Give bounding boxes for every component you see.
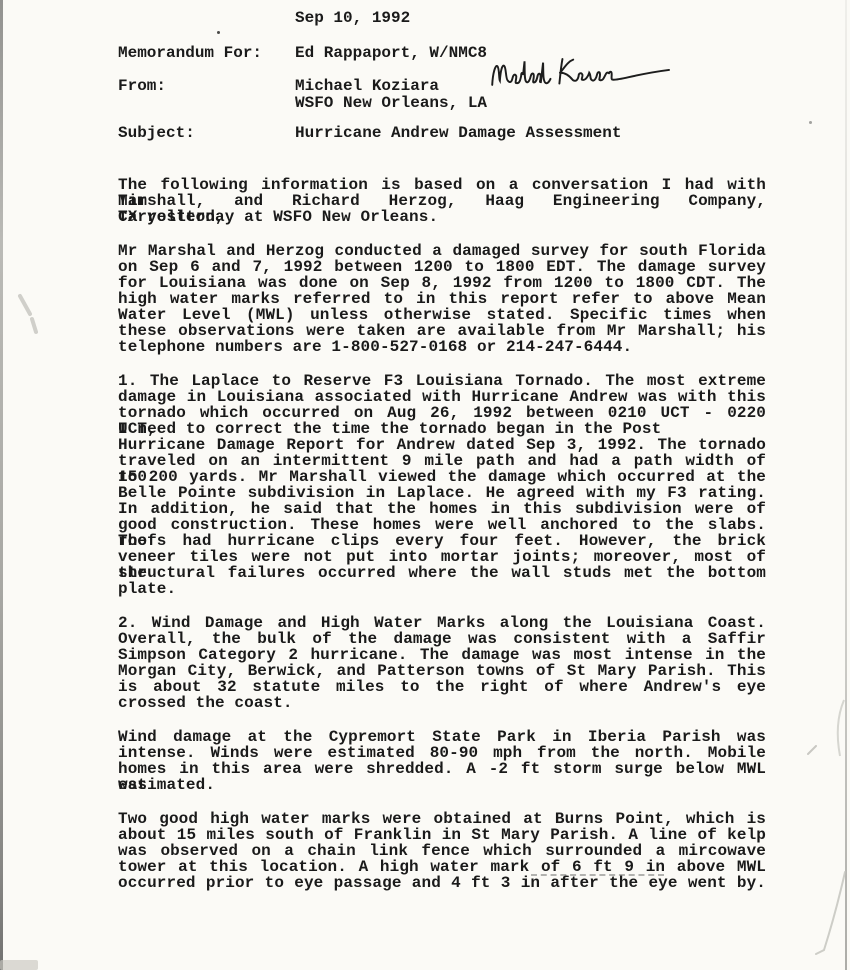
memo-from-label: From: xyxy=(118,78,295,94)
memo-from-block: Michael Koziara WSFO New Orleans, LA xyxy=(295,78,487,112)
body-line: The following information is based on a … xyxy=(118,177,766,193)
memo-subject-label: Subject: xyxy=(118,125,295,141)
memo-date: Sep 10, 1992 xyxy=(295,10,766,26)
body-line: damage in Louisiana associated with Hurr… xyxy=(118,389,766,405)
memo-from-row: From: Michael Koziara WSFO New Orleans, … xyxy=(118,78,766,112)
body-line: roofs had hurricane clips every four fee… xyxy=(118,533,766,549)
body-line: good construction. These homes were well… xyxy=(118,517,766,533)
body-line: traveled on an intermittent 9 mile path … xyxy=(118,453,766,469)
paragraph: Wind damage at the Cypremort State Park … xyxy=(118,729,766,793)
body-line: Belle Pointe subdivision in Laplace. He … xyxy=(118,485,766,501)
body-line: estimated. xyxy=(118,777,766,793)
paragraph: The following information is based on a … xyxy=(118,177,766,225)
body-line: telephone numbers are 1-800-527-0168 or … xyxy=(118,339,766,355)
paragraph: 1. The Laplace to Reserve F3 Louisiana T… xyxy=(118,373,766,597)
body-line: was observed on a chain link fence which… xyxy=(118,843,766,859)
scan-smudge xyxy=(0,960,38,970)
body-line: tornado which occurred on Aug 26, 1992 b… xyxy=(118,405,766,421)
body-line: Mr Marshal and Herzog conducted a damage… xyxy=(118,243,766,259)
memo-subject-value: Hurricane Andrew Damage Assessment xyxy=(295,125,621,141)
body-line: intense. Winds were estimated 80-90 mph … xyxy=(118,745,766,761)
body-line: Marshall, and Richard Herzog, Haag Engin… xyxy=(118,193,766,209)
memo-from-name: Michael Koziara xyxy=(295,78,487,95)
body-line: for Louisiana was done on Sep 8, 1992 fr… xyxy=(118,275,766,291)
body-line: is about 32 statute miles to the right o… xyxy=(118,679,766,695)
scan-mark-right-curve xyxy=(800,698,850,762)
body-line: plate. xyxy=(118,581,766,597)
body-line: Morgan City, Berwick, and Patterson town… xyxy=(118,663,766,679)
memo-from-org: WSFO New Orleans, LA xyxy=(295,95,487,112)
body-line: high water marks referred to in this rep… xyxy=(118,291,766,307)
body-line: about 15 miles south of Franklin in St M… xyxy=(118,827,766,843)
memo-body: The following information is based on a … xyxy=(118,177,766,891)
body-line: tower at this location. A high water mar… xyxy=(118,859,766,875)
body-line: In addition, he said that the homes in t… xyxy=(118,501,766,517)
body-line: TX yesterday at WSFO New Orleans. xyxy=(118,209,766,225)
body-line: homes in this area were shredded. A -2 f… xyxy=(118,761,766,777)
body-line: occurred prior to eye passage and 4 ft 3… xyxy=(118,875,766,891)
memo-subject-row: Subject: Hurricane Andrew Damage Assessm… xyxy=(118,125,766,141)
memo-to-label: Memorandum For: xyxy=(118,45,295,61)
body-line: Overall, the bulk of the damage was cons… xyxy=(118,631,766,647)
scan-edge-right xyxy=(845,0,847,970)
body-line: veneer tiles were not put into mortar jo… xyxy=(118,549,766,565)
scanned-memo-page: Sep 10, 1992 Memorandum For: Ed Rappapor… xyxy=(0,0,850,970)
body-line: structural failures occurred where the w… xyxy=(118,565,766,581)
body-line: Hurricane Damage Report for Andrew dated… xyxy=(118,437,766,453)
body-line: to 200 yards. Mr Marshall viewed the dam… xyxy=(118,469,766,485)
body-line: Two good high water marks were obtained … xyxy=(118,811,766,827)
body-line: crossed the coast. xyxy=(118,695,766,711)
scan-speck xyxy=(809,121,812,124)
scan-mark-left xyxy=(14,288,48,340)
body-line: these observations were taken are availa… xyxy=(118,323,766,339)
memo-to-row: Memorandum For: Ed Rappaport, W/NMC8 xyxy=(118,45,766,61)
paragraph: Mr Marshal and Herzog conducted a damage… xyxy=(118,243,766,355)
body-line: Water Level (MWL) unless otherwise state… xyxy=(118,307,766,323)
body-line: Simpson Category 2 hurricane. The damage… xyxy=(118,647,766,663)
memo: Sep 10, 1992 Memorandum For: Ed Rappapor… xyxy=(118,10,766,891)
memo-to-value: Ed Rappaport, W/NMC8 xyxy=(295,45,487,61)
body-line: 1. The Laplace to Reserve F3 Louisiana T… xyxy=(118,373,766,389)
paragraph: Two good high water marks were obtained … xyxy=(118,811,766,891)
body-line: I need to correct the time the tornado b… xyxy=(118,421,766,437)
paragraph: 2. Wind Damage and High Water Marks alon… xyxy=(118,615,766,711)
body-line: Wind damage at the Cypremort State Park … xyxy=(118,729,766,745)
scan-edge-left xyxy=(0,0,3,970)
body-line: on Sep 6 and 7, 1992 between 1200 to 180… xyxy=(118,259,766,275)
body-line: 2. Wind Damage and High Water Marks alon… xyxy=(118,615,766,631)
